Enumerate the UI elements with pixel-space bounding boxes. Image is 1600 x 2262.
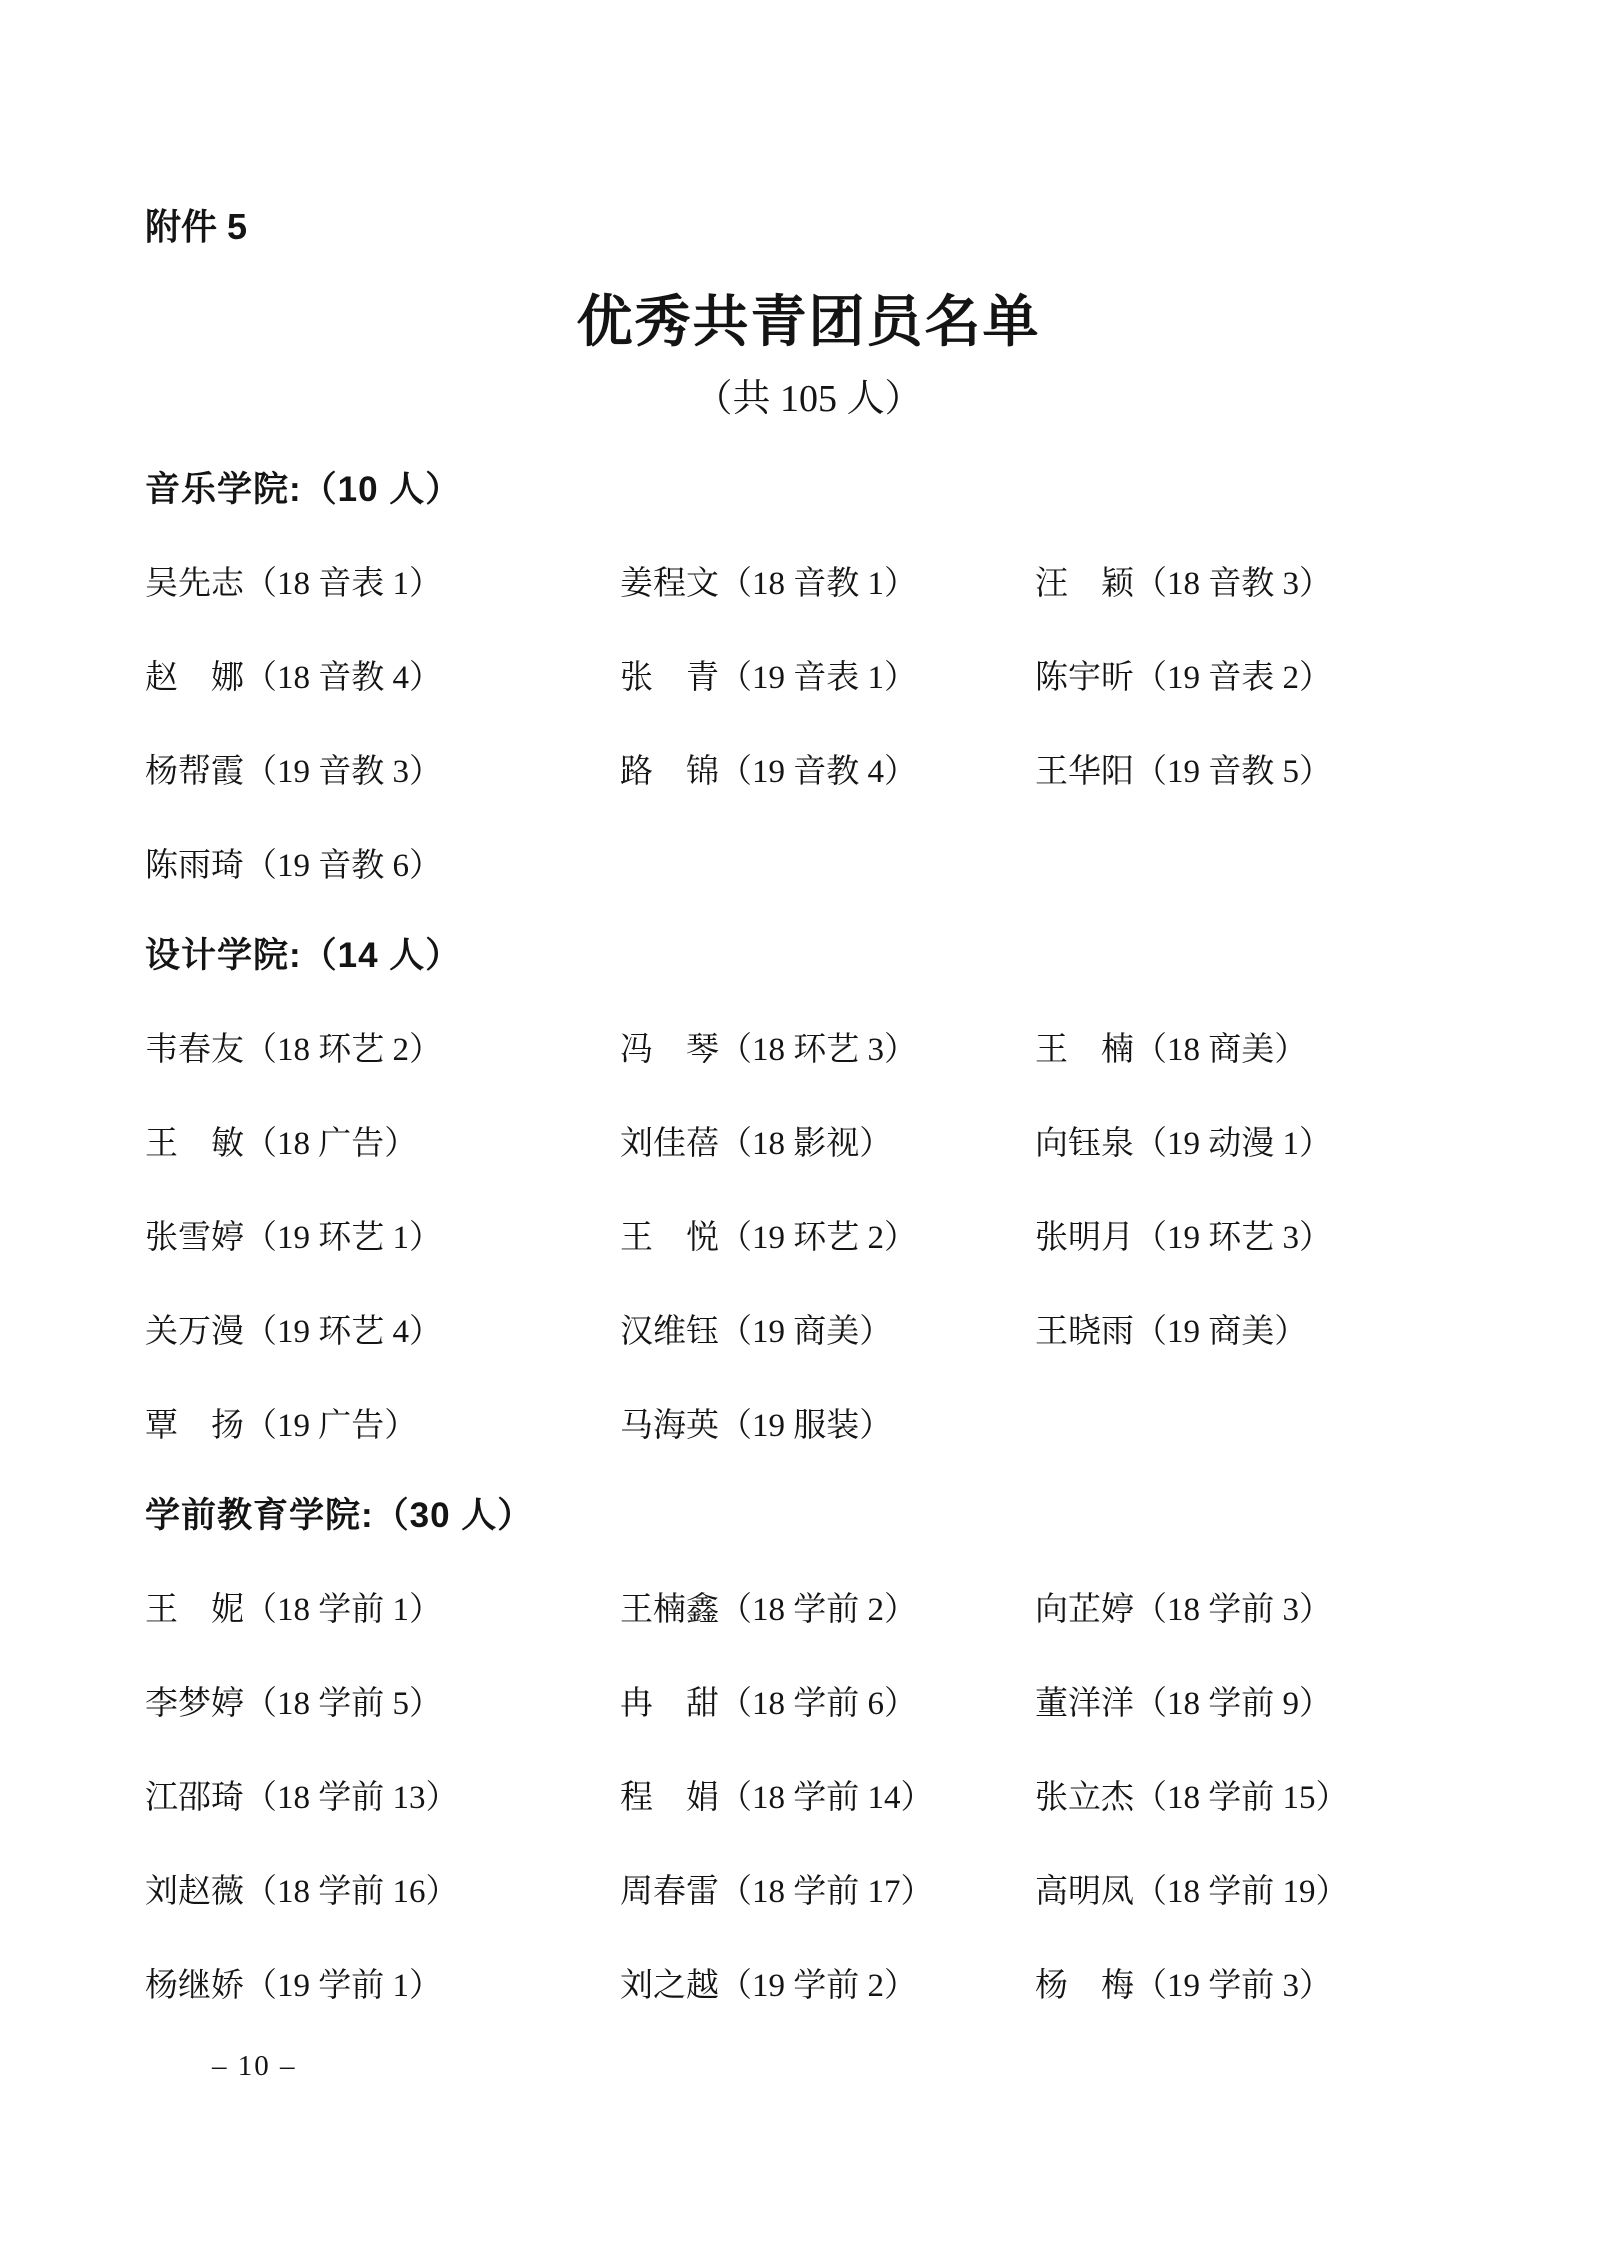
name-entry: 杨 梅（19 学前 3）	[1035, 1963, 1472, 2009]
name-entry: 王晓雨（19 商美）	[1035, 1309, 1472, 1355]
name-row: 江邵琦（18 学前 13）程 娟（18 学前 14）张立杰（18 学前 15）	[145, 1775, 1472, 1821]
name-row: 陈雨琦（19 音教 6）	[145, 843, 1472, 889]
name-row: 李梦婷（18 学前 5）冉 甜（18 学前 6）董洋洋（18 学前 9）	[145, 1681, 1472, 1727]
name-row: 王 妮（18 学前 1）王楠鑫（18 学前 2）向芷婷（18 学前 3）	[145, 1587, 1472, 1633]
section-header: 设计学院:（14 人）	[145, 933, 1472, 979]
name-entry: 姜程文（18 音教 1）	[620, 561, 1035, 607]
name-entry: 王 妮（18 学前 1）	[145, 1587, 620, 1633]
name-entry: 向芷婷（18 学前 3）	[1035, 1587, 1472, 1633]
page-number: – 10 –	[212, 2048, 297, 2084]
name-entry: 路 锦（19 音教 4）	[620, 749, 1035, 795]
name-entry: 李梦婷（18 学前 5）	[145, 1681, 620, 1727]
name-entry: 冯 琴（18 环艺 3）	[620, 1027, 1035, 1073]
name-row: 杨继娇（19 学前 1）刘之越（19 学前 2）杨 梅（19 学前 3）	[145, 1963, 1472, 2009]
name-row: 吴先志（18 音表 1）姜程文（18 音教 1）汪 颖（18 音教 3）	[145, 561, 1472, 607]
name-entry: 向钰泉（19 动漫 1）	[1035, 1121, 1472, 1167]
college-section: 音乐学院:（10 人）吴先志（18 音表 1）姜程文（18 音教 1）汪 颖（1…	[145, 467, 1472, 889]
name-row: 韦春友（18 环艺 2）冯 琴（18 环艺 3）王 楠（18 商美）	[145, 1027, 1472, 1073]
name-entry: 马海英（19 服装）	[620, 1403, 1035, 1449]
name-entry: 董洋洋（18 学前 9）	[1035, 1681, 1472, 1727]
name-entry: 江邵琦（18 学前 13）	[145, 1775, 620, 1821]
name-entry: 高明凤（18 学前 19）	[1035, 1869, 1472, 1915]
name-entry: 程 娟（18 学前 14）	[620, 1775, 1035, 1821]
name-entry: 刘之越（19 学前 2）	[620, 1963, 1035, 2009]
name-entry: 周春雷（18 学前 17）	[620, 1869, 1035, 1915]
document-title: 优秀共青团员名单	[145, 289, 1472, 357]
section-header: 音乐学院:（10 人）	[145, 467, 1472, 513]
name-row: 王 敏（18 广告）刘佳蓓（18 影视）向钰泉（19 动漫 1）	[145, 1121, 1472, 1167]
name-row: 覃 扬（19 广告）马海英（19 服装）	[145, 1403, 1472, 1449]
name-row: 刘赵薇（18 学前 16）周春雷（18 学前 17）高明凤（18 学前 19）	[145, 1869, 1472, 1915]
name-entry: 王 敏（18 广告）	[145, 1121, 620, 1167]
name-entry: 杨帮霞（19 音教 3）	[145, 749, 620, 795]
attachment-label: 附件 5	[145, 205, 1472, 249]
name-entry: 刘赵薇（18 学前 16）	[145, 1869, 620, 1915]
name-entry: 赵 娜（18 音教 4）	[145, 655, 620, 701]
name-entry: 关万漫（19 环艺 4）	[145, 1309, 620, 1355]
name-entry: 张明月（19 环艺 3）	[1035, 1215, 1472, 1261]
name-entry: 杨继娇（19 学前 1）	[145, 1963, 620, 2009]
document-page: 附件 5 优秀共青团员名单 （共 105 人） 音乐学院:（10 人）吴先志（1…	[0, 0, 1600, 2262]
college-section: 设计学院:（14 人）韦春友（18 环艺 2）冯 琴（18 环艺 3）王 楠（1…	[145, 933, 1472, 1449]
name-entry: 陈宇昕（19 音表 2）	[1035, 655, 1472, 701]
college-section: 学前教育学院:（30 人）王 妮（18 学前 1）王楠鑫（18 学前 2）向芷婷…	[145, 1493, 1472, 2009]
name-entry: 王 悦（19 环艺 2）	[620, 1215, 1035, 1261]
name-entry: 汪 颖（18 音教 3）	[1035, 561, 1472, 607]
name-entry: 冉 甜（18 学前 6）	[620, 1681, 1035, 1727]
name-entry: 韦春友（18 环艺 2）	[145, 1027, 620, 1073]
name-row: 张雪婷（19 环艺 1）王 悦（19 环艺 2）张明月（19 环艺 3）	[145, 1215, 1472, 1261]
sections-container: 音乐学院:（10 人）吴先志（18 音表 1）姜程文（18 音教 1）汪 颖（1…	[145, 467, 1472, 2009]
name-entry: 王楠鑫（18 学前 2）	[620, 1587, 1035, 1633]
document-content: 附件 5 优秀共青团员名单 （共 105 人） 音乐学院:（10 人）吴先志（1…	[145, 205, 1472, 2009]
document-subtitle: （共 105 人）	[145, 375, 1472, 423]
name-row: 杨帮霞（19 音教 3）路 锦（19 音教 4）王华阳（19 音教 5）	[145, 749, 1472, 795]
name-entry: 覃 扬（19 广告）	[145, 1403, 620, 1449]
name-entry: 张雪婷（19 环艺 1）	[145, 1215, 620, 1261]
name-entry: 刘佳蓓（18 影视）	[620, 1121, 1035, 1167]
name-entry: 王华阳（19 音教 5）	[1035, 749, 1472, 795]
section-header: 学前教育学院:（30 人）	[145, 1493, 1472, 1539]
name-row: 赵 娜（18 音教 4）张 青（19 音表 1）陈宇昕（19 音表 2）	[145, 655, 1472, 701]
name-row: 关万漫（19 环艺 4）汉维钰（19 商美）王晓雨（19 商美）	[145, 1309, 1472, 1355]
name-entry: 张立杰（18 学前 15）	[1035, 1775, 1472, 1821]
name-entry: 王 楠（18 商美）	[1035, 1027, 1472, 1073]
name-entry: 吴先志（18 音表 1）	[145, 561, 620, 607]
name-entry: 陈雨琦（19 音教 6）	[145, 843, 620, 889]
name-entry: 张 青（19 音表 1）	[620, 655, 1035, 701]
name-entry: 汉维钰（19 商美）	[620, 1309, 1035, 1355]
